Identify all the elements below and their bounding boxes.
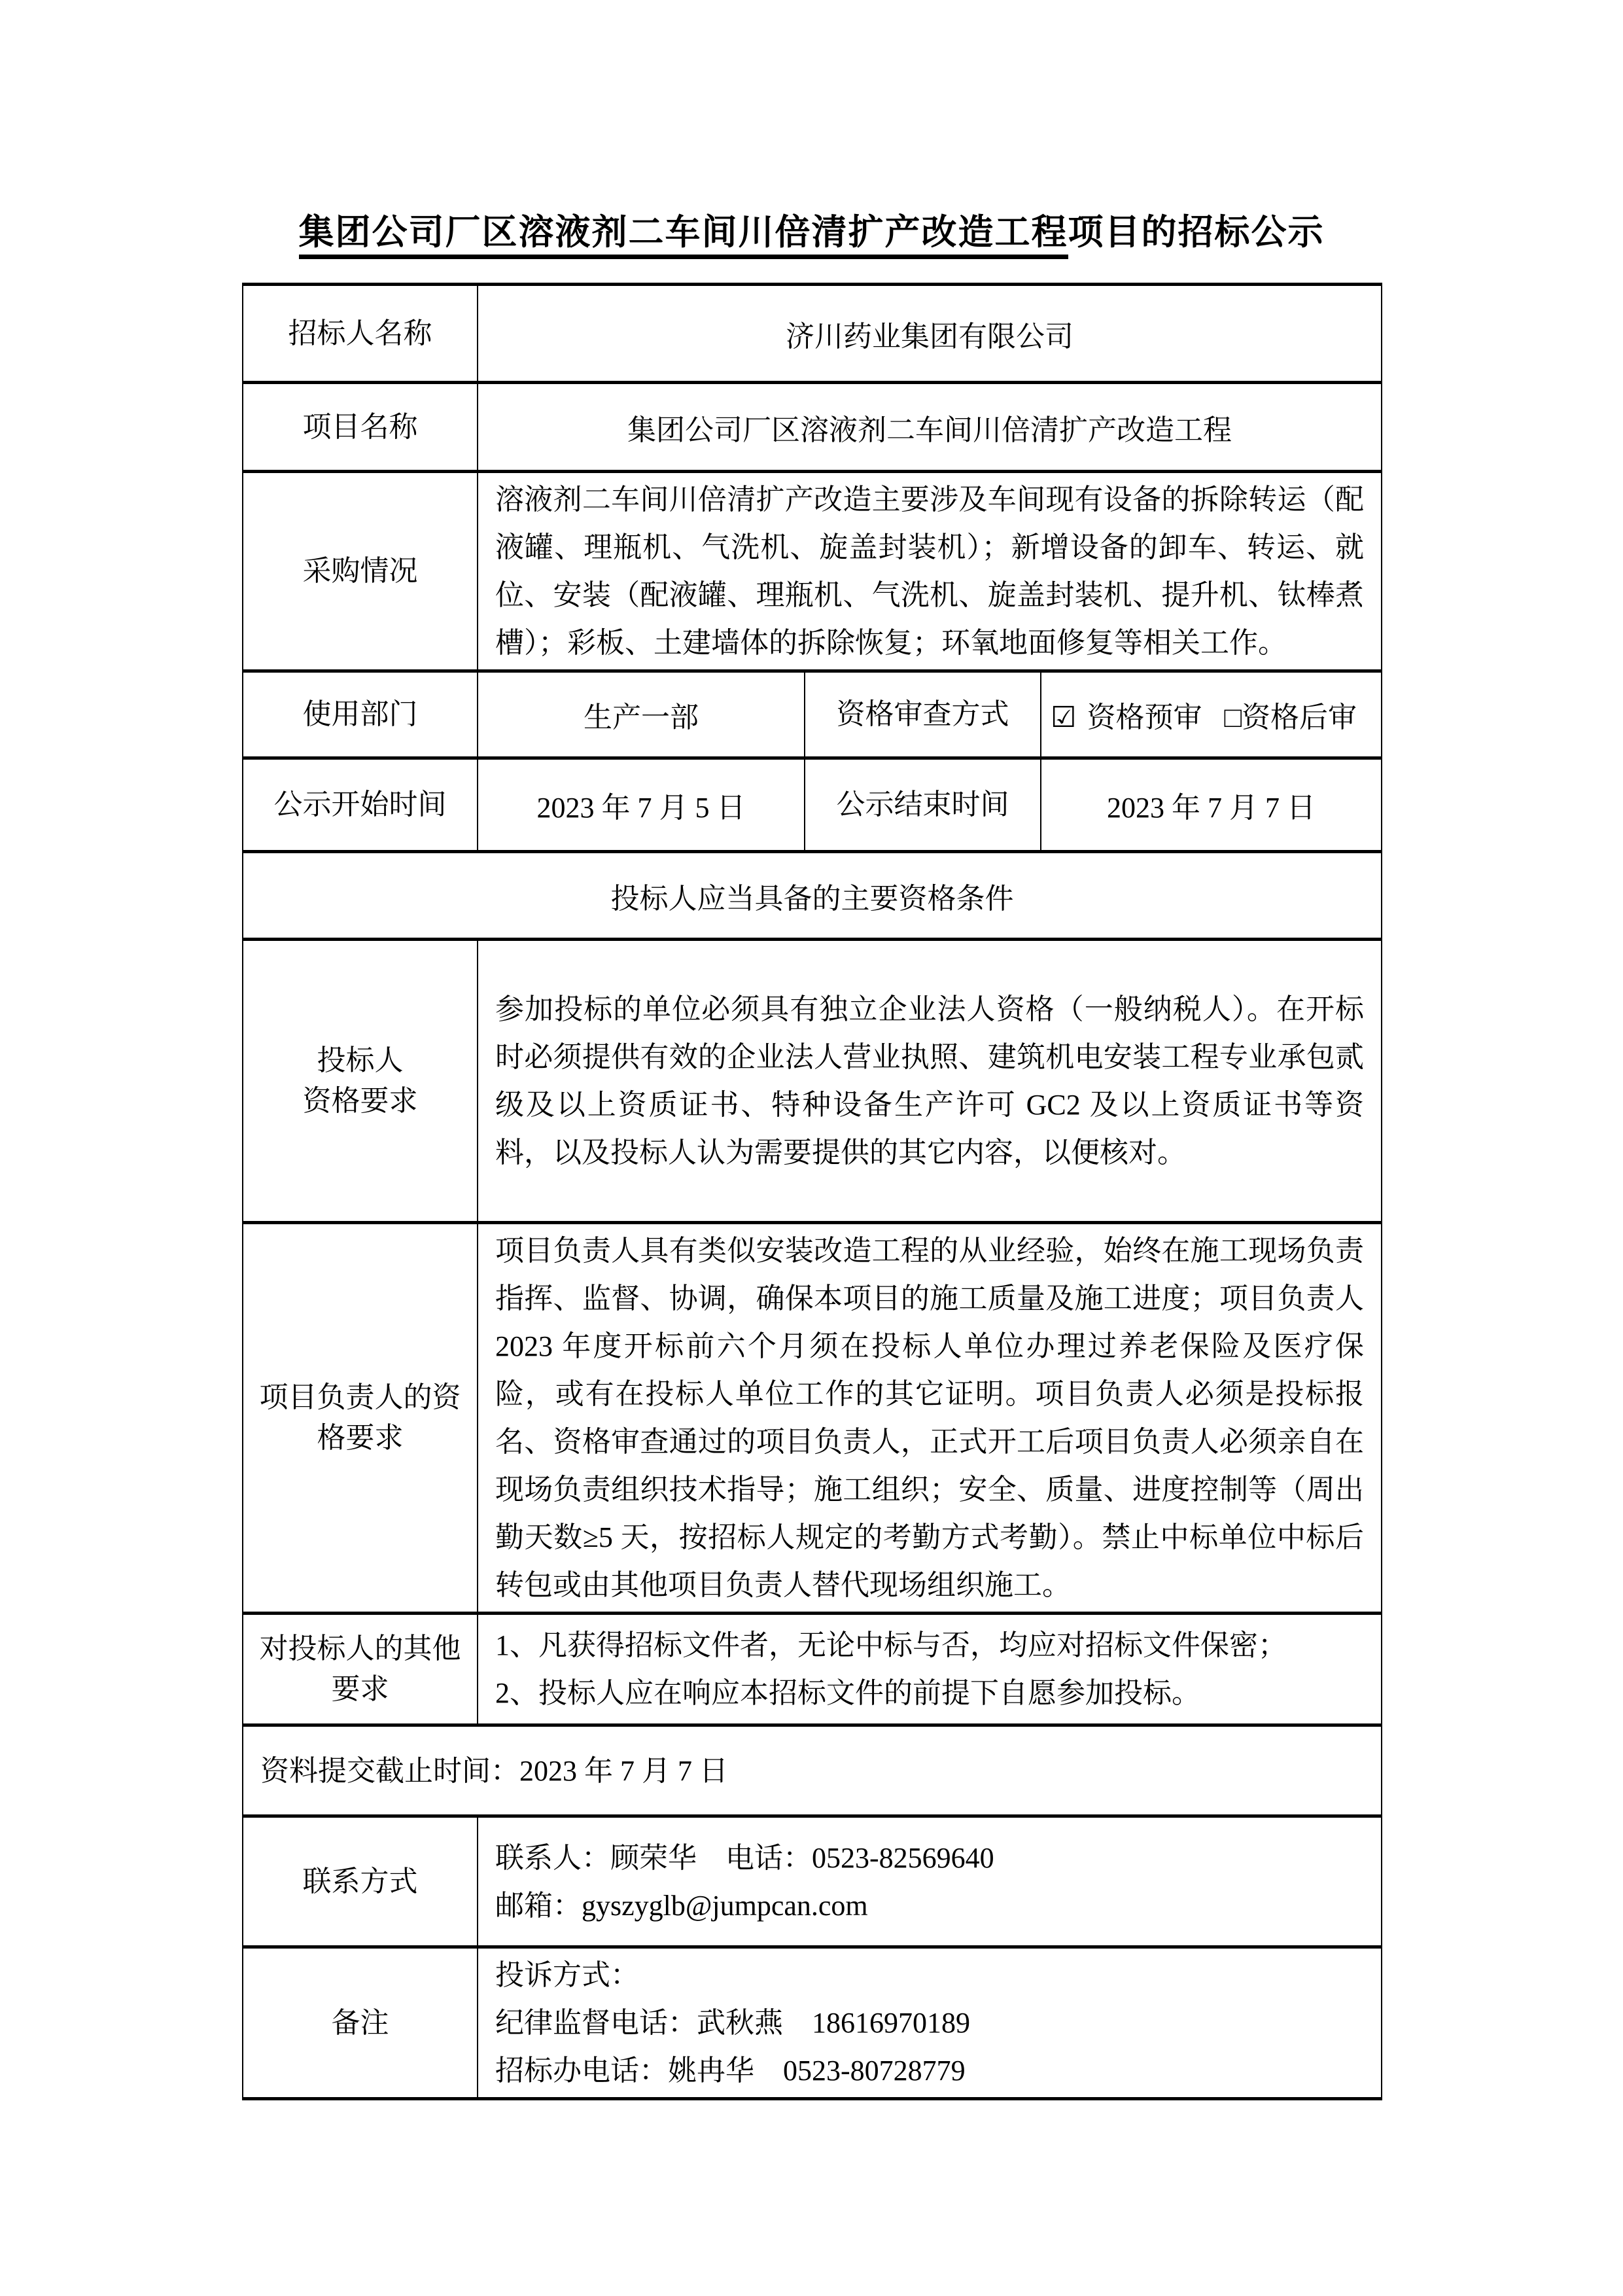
remarks-value: 投诉方式： 纪律监督电话：武秋燕 18616970189 招标办电话：姚冉华 0… (478, 1947, 1382, 2099)
option-prequalification-text: 资格预审 (1087, 701, 1202, 733)
submission-deadline-text: 资料提交截止时间：2023 年 7 月 7 日 (243, 1725, 1382, 1816)
table-row-bidder-qualification: 投标人 资格要求 参加投标的单位必须具有独立企业法人资格（一般纳税人）。在开标时… (243, 940, 1382, 1223)
other-requirements-item2: 2、投标人应在响应本招标文件的前提下自愿参加投标。 (495, 1669, 1364, 1717)
bidder-qualification-label-line1: 投标人 (256, 1040, 464, 1081)
using-department-label: 使用部门 (243, 671, 478, 758)
checked-checkbox-icon: ☑ (1051, 701, 1076, 733)
other-requirements-value: 1、凡获得招标文件者，无论中标与否，均应对招标文件保密； 2、投标人应在响应本招… (478, 1614, 1382, 1725)
procurement-value: 溶液剂二车间川倍清扩产改造主要涉及车间现有设备的拆除转运（配液罐、理瓶机、气洗机… (478, 472, 1382, 671)
table-row-project-name: 项目名称 集团公司厂区溶液剂二车间川倍清扩产改造工程 (243, 383, 1382, 472)
qualification-review-options: ☑资格预审□资格后审 (1041, 671, 1382, 758)
procurement-label: 采购情况 (243, 472, 478, 671)
qualification-section-header: 投标人应当具备的主要资格条件 (243, 852, 1382, 940)
table-row-remarks: 备注 投诉方式： 纪律监督电话：武秋燕 18616970189 招标办电话：姚冉… (243, 1947, 1382, 2099)
table-row-submission-deadline: 资料提交截止时间：2023 年 7 月 7 日 (243, 1725, 1382, 1816)
tender-info-table: 招标人名称 济川药业集团有限公司 项目名称 集团公司厂区溶液剂二车间川倍清扩产改… (242, 283, 1382, 2100)
table-row-procurement: 采购情况 溶液剂二车间川倍清扩产改造主要涉及车间现有设备的拆除转运（配液罐、理瓶… (243, 472, 1382, 671)
bidder-qualification-label-line2: 资格要求 (256, 1081, 464, 1122)
title-underlined-text: 集团公司厂区溶液剂二车间川倍清扩产改造工程 (299, 213, 1068, 259)
contact-person-phone-line: 联系人：顾荣华 电话：0523-82569640 (495, 1834, 1364, 1882)
document-page: 集团公司厂区溶液剂二车间川倍清扩产改造工程项目的招标公示 招标人名称 济川药业集… (242, 0, 1381, 2100)
qualification-review-label: 资格审查方式 (805, 671, 1041, 758)
bidder-qualification-value: 参加投标的单位必须具有独立企业法人资格（一般纳税人）。在开标时必须提供有效的企业… (478, 940, 1382, 1223)
publicity-end-value: 2023 年 7 月 7 日 (1041, 758, 1382, 852)
other-requirements-label: 对投标人的其他要求 (243, 1614, 478, 1725)
publicity-start-label: 公示开始时间 (243, 758, 478, 852)
using-department-value: 生产一部 (478, 671, 805, 758)
bidder-qualification-label: 投标人 资格要求 (243, 940, 478, 1223)
pm-qualification-value: 项目负责人具有类似安装改造工程的从业经验，始终在施工现场负责指挥、监督、协调，确… (478, 1223, 1382, 1614)
table-row-department-review: 使用部门 生产一部 资格审查方式 ☑资格预审□资格后审 (243, 671, 1382, 758)
table-row-other-requirements: 对投标人的其他要求 1、凡获得招标文件者，无论中标与否，均应对招标文件保密； 2… (243, 1614, 1382, 1725)
table-row-contact: 联系方式 联系人：顾荣华 电话：0523-82569640 邮箱：gyszygl… (243, 1816, 1382, 1947)
contact-email-line: 邮箱：gyszyglb@jumpcan.com (495, 1882, 1364, 1930)
table-row-publicity-dates: 公示开始时间 2023 年 7 月 5 日 公示结束时间 2023 年 7 月 … (243, 758, 1382, 852)
unchecked-checkbox-icon: □ (1224, 701, 1242, 733)
contact-value: 联系人：顾荣华 电话：0523-82569640 邮箱：gyszyglb@jum… (478, 1816, 1382, 1947)
bidder-name-value: 济川药业集团有限公司 (478, 285, 1382, 383)
remarks-discipline-phone-line: 纪律监督电话：武秋燕 18616970189 (495, 1999, 1364, 2047)
remarks-tender-office-phone-line: 招标办电话：姚冉华 0523-80728779 (495, 2047, 1364, 2094)
other-requirements-item1: 1、凡获得招标文件者，无论中标与否，均应对招标文件保密； (495, 1621, 1364, 1669)
remarks-label: 备注 (243, 1947, 478, 2099)
project-name-value: 集团公司厂区溶液剂二车间川倍清扩产改造工程 (478, 383, 1382, 472)
publicity-end-label: 公示结束时间 (805, 758, 1041, 852)
title-suffix-text: 项目的招标公示 (1068, 213, 1325, 252)
table-row-pm-qualification: 项目负责人的资格要求 项目负责人具有类似安装改造工程的从业经验，始终在施工现场负… (243, 1223, 1382, 1614)
table-row-bidder-name: 招标人名称 济川药业集团有限公司 (243, 285, 1382, 383)
contact-label: 联系方式 (243, 1816, 478, 1947)
publicity-start-value: 2023 年 7 月 5 日 (478, 758, 805, 852)
bidder-name-label: 招标人名称 (243, 285, 478, 383)
table-row-qualification-header: 投标人应当具备的主要资格条件 (243, 852, 1382, 940)
page-title: 集团公司厂区溶液剂二车间川倍清扩产改造工程项目的招标公示 (242, 0, 1381, 255)
option-postqualification-text: 资格后审 (1242, 701, 1357, 733)
remarks-complaint-line: 投诉方式： (495, 1951, 1364, 1999)
project-name-label: 项目名称 (243, 383, 478, 472)
pm-qualification-label: 项目负责人的资格要求 (243, 1223, 478, 1614)
